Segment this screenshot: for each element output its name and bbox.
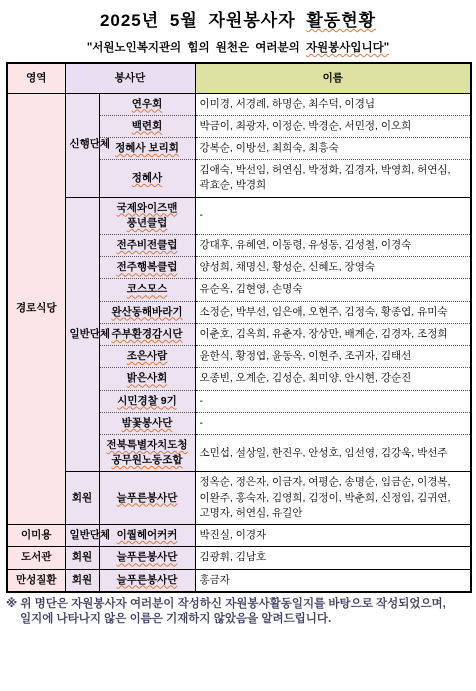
group-name-label: 전주행복클럽 — [117, 261, 178, 273]
group-name-label: 밝은사회 — [127, 372, 168, 384]
page-title: 2025년 5월 자원봉사자 활동현황 — [6, 6, 470, 31]
group-cell: 늘푸른봉사단 — [99, 472, 195, 525]
header-group: 봉사단 — [65, 63, 195, 93]
page-subtitle-underlined: 자원봉사입니다" — [306, 42, 389, 54]
names-cell: 오종빈, 오계순, 김성순, 최미양, 안시현, 강순진 — [195, 368, 471, 390]
table-row: 회원늘푸른봉사단정옥순, 정은자, 이금자, 여평순, 송명순, 임금순, 이경… — [7, 472, 471, 525]
group-name-label: 늘푸른봉사단 — [117, 492, 178, 504]
names-cell: 유순옥, 김현영, 손명숙 — [195, 279, 471, 301]
group-cell: 전북특별자치도청 공무원노동조합 — [99, 435, 195, 472]
names-cell: 김애숙, 박선임, 허연심, 박정화, 김경자, 박영희, 허연심, 곽효순, … — [195, 160, 471, 197]
group-cell: 코스모스 — [99, 279, 195, 301]
group-cell: 정혜사 — [99, 160, 195, 197]
names-cell: - — [195, 197, 471, 234]
group-name-label: 완산동해바라기 — [111, 306, 182, 318]
area-cell: 만성질환 — [7, 569, 65, 592]
names-cell: 양성희, 채명신, 황성순, 신혜도, 장영숙 — [195, 257, 471, 279]
names-cell: 강복순, 이방선, 최희숙, 최흥숙 — [195, 137, 471, 159]
names-cell: 이춘호, 김옥희, 유춘자, 장상만, 배계순, 김경자, 조정희 — [195, 323, 471, 345]
group-cell: 밤꽃봉사단 — [99, 412, 195, 434]
group-name-label: 밤꽃봉사단 — [122, 417, 173, 429]
group-name-label: 정혜사 — [132, 172, 162, 184]
type-cell: 일반단체 — [65, 197, 99, 472]
group-cell: 이퀄헤어커커 — [99, 525, 195, 547]
table-row: 만성질환회원늘푸른봉사단홍금자 — [7, 569, 471, 592]
group-name-label: 연우회 — [132, 98, 162, 110]
page-title-underlined: 활동현황 — [306, 11, 376, 30]
area-cell: 이미용 — [7, 525, 65, 547]
table-row: 도서관회원늘푸른봉사단김광휘, 김남호 — [7, 547, 471, 569]
names-cell: 박진실, 이경자 — [195, 525, 471, 547]
names-cell: 윤한식, 황정엽, 윤동옥, 이현주, 조귀자, 김태선 — [195, 346, 471, 368]
table-row: 경로식당신행단체연우회이미경, 서경례, 하명순, 최수덕, 이경님 — [7, 93, 471, 115]
page-title-main: 2025년 5월 자원봉사자 — [100, 11, 296, 30]
volunteer-table: 영역 봉사단 이름 경로식당신행단체연우회이미경, 서경례, 하명순, 최수덕,… — [6, 62, 472, 593]
group-cell: 국제와이즈맨 풍년클럽 — [99, 197, 195, 234]
names-cell: 정옥순, 정은자, 이금자, 여평순, 송명순, 임금순, 이경복, 이완주, … — [195, 472, 471, 525]
names-cell: - — [195, 390, 471, 412]
group-cell: 백련회 — [99, 115, 195, 137]
group-cell: 주부환경감시단 — [99, 323, 195, 345]
group-cell: 정혜사 보리회 — [99, 137, 195, 159]
table-row: 일반단체국제와이즈맨 풍년클럽- — [7, 197, 471, 234]
group-name-label: 시민경찰 9기 — [117, 395, 176, 407]
group-cell: 늘푸른봉사단 — [99, 547, 195, 569]
footer-note: ※ 위 명단은 자원봉사자 여러분이 작성하신 자원봉사활동일지를 바탕으로 작… — [6, 597, 470, 628]
group-name-label: 백련회 — [132, 120, 162, 132]
group-cell: 전주비전클럽 — [99, 235, 195, 257]
area-cell: 경로식당 — [7, 93, 65, 525]
names-cell: 김광휘, 김남호 — [195, 547, 471, 569]
group-cell: 밝은사회 — [99, 368, 195, 390]
header-names: 이름 — [195, 63, 471, 93]
group-name-label: 이퀄헤어커커 — [117, 529, 178, 541]
page-subtitle-prefix: "서원노인복지관의 힘의 원천은 여러분의 — [87, 42, 306, 54]
group-name-label: 늘푸른봉사단 — [117, 574, 178, 586]
group-cell: 전주행복클럽 — [99, 257, 195, 279]
group-name-label: 코스모스 — [127, 283, 168, 295]
group-cell: 늘푸른봉사단 — [99, 569, 195, 592]
group-name-label: 주부환경감시단 — [111, 328, 182, 340]
footer-note-line2: 일지에 나타나지 않은 이름은 기재하지 않았음을 알려드립니다. — [6, 612, 470, 628]
type-cell: 회원 — [65, 472, 99, 525]
footer-note-line1: ※ 위 명단은 자원봉사자 여러분이 작성하신 자원봉사활동일지를 바탕으로 작… — [6, 597, 470, 613]
group-name-label: 늘푸른봉사단 — [117, 551, 178, 563]
group-name-label: 조은사람 — [127, 350, 168, 362]
table-header: 영역 봉사단 이름 — [7, 63, 471, 93]
names-cell: 강대후, 유혜연, 이동령, 유성동, 김성철, 이경숙 — [195, 235, 471, 257]
names-cell: 박금이, 최광자, 이정순, 박경순, 서민정, 이오희 — [195, 115, 471, 137]
type-cell: 신행단체 — [65, 93, 99, 197]
type-cell: 회원 — [65, 547, 99, 569]
group-name-label: 국제와이즈맨 풍년클럽 — [117, 202, 178, 229]
group-cell: 시민경찰 9기 — [99, 390, 195, 412]
table-header-row: 영역 봉사단 이름 — [7, 63, 471, 93]
group-name-label: 전주비전클럽 — [117, 239, 178, 251]
table-row: 이미용일반단체이퀄헤어커커박진실, 이경자 — [7, 525, 471, 547]
volunteer-table-body: 경로식당신행단체연우회이미경, 서경례, 하명순, 최수덕, 이경님백련회박금이… — [7, 93, 471, 592]
area-cell: 도서관 — [7, 547, 65, 569]
type-cell: 일반단체 — [65, 525, 99, 547]
group-name-label: 정혜사 보리회 — [115, 142, 179, 154]
type-cell: 회원 — [65, 569, 99, 592]
header-area: 영역 — [7, 63, 65, 93]
page-subtitle: "서원노인복지관의 힘의 원천은 여러분의 자원봉사입니다" — [6, 39, 470, 55]
names-cell: 소민섭, 설상일, 한진우, 안성호, 임선영, 김강욱, 박선주 — [195, 435, 471, 472]
names-cell: 소정순, 박부선, 임은애, 오현주, 김정숙, 황종엽, 유미숙 — [195, 301, 471, 323]
group-name-label: 전북특별자치도청 공무원노동조합 — [106, 439, 187, 466]
group-cell: 조은사람 — [99, 346, 195, 368]
names-cell: 이미경, 서경례, 하명순, 최수덕, 이경님 — [195, 93, 471, 115]
names-cell: 홍금자 — [195, 569, 471, 592]
names-cell: - — [195, 412, 471, 434]
group-cell: 완산동해바라기 — [99, 301, 195, 323]
report-page: 2025년 5월 자원봉사자 활동현황 "서원노인복지관의 힘의 원천은 여러분… — [0, 0, 476, 628]
group-cell: 연우회 — [99, 93, 195, 115]
